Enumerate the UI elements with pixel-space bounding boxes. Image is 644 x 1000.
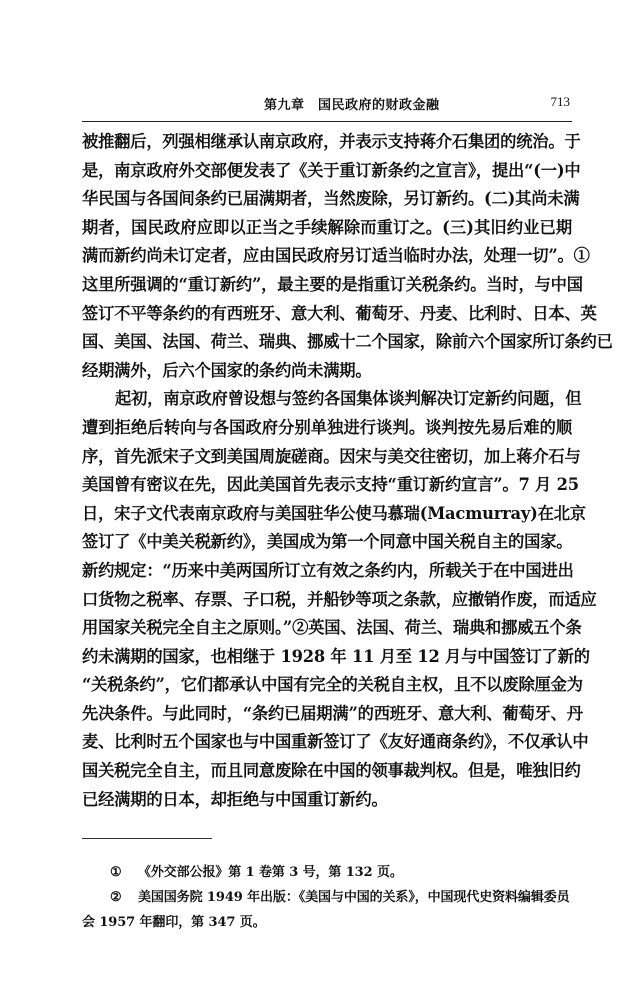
paragraph-start-line: 起初，南京政府曾设想与签约各国集体谈判解决订定新约问题，但 — [82, 385, 572, 414]
text-line: 用国家关税完全自主之原则。”②英国、法国、荷兰、瑞典和挪威五个条 — [82, 614, 572, 643]
text-line: 日，宋子文代表南京政府与美国驻华公使马慕瑞(Macmurray)在北京 — [82, 500, 572, 529]
text-line: 这里所强调的“重订新约”，最主要的是指重订关税条约。当时，与中国 — [82, 271, 572, 300]
text-line: 麦、比利时五个国家也与中国重新签订了《友好通商条约》，不仅承认中 — [82, 728, 572, 757]
text-line: 国关税完全自主，而且同意废除在中国的领事裁判权。但是，唯独旧约 — [82, 757, 572, 786]
footnote-1: ①《外交部公报》第 1 卷第 3 号，第 132 页。 — [82, 860, 582, 885]
body-text: 被推翻后，列强相继承认南京政府，并表示支持蒋介石集团的统治。于 是，南京政府外交… — [82, 128, 572, 814]
chapter-title: 第九章 国民政府的财政金融 — [264, 94, 440, 113]
footnote-rule — [82, 838, 212, 839]
footnote-2: ②美国国务院 1949 年出版：《美国与中国的关系》，中国现代史资料编辑委员 — [82, 885, 582, 910]
text-line: 新约规定：“历来中美两国所订立有效之条约内，所载关于在中国进出 — [82, 557, 572, 586]
footnote-2-continuation: 会 1957 年翻印，第 347 页。 — [82, 910, 582, 935]
page-number: 713 — [551, 94, 571, 110]
text-line: “关税条约”，它们都承认中国有完全的关税自主权，且不以废除厘金为 — [82, 671, 572, 700]
footnotes: ①《外交部公报》第 1 卷第 3 号，第 132 页。 ②美国国务院 1949 … — [82, 860, 582, 935]
header-rule — [82, 121, 572, 122]
book-page: 第九章 国民政府的财政金融 713 被推翻后，列强相继承认南京政府，并表示支持蒋… — [0, 0, 644, 1000]
text-line: 美国曾有密议在先，因此美国首先表示支持“重订新约宣言”。7 月 25 — [82, 471, 572, 500]
text-line: 期者，国民政府应即以正当之手续解除而重订之。(三)其旧约业已期 — [82, 214, 572, 243]
text-line: 经期满外，后六个国家的条约尚未满期。 — [82, 357, 572, 386]
footnote-text: 美国国务院 1949 年出版：《美国与中国的关系》，中国现代史资料编辑委员 — [138, 890, 570, 905]
text-line: 签订了《中美关税新约》，美国成为第一个同意中国关税自主的国家。 — [82, 528, 572, 557]
footnote-mark: ② — [110, 885, 138, 910]
text-line: 约未满期的国家，也相继于 1928 年 11 月至 12 月与中国签订了新的 — [82, 643, 572, 672]
text-line: 先决条件。与此同时，“条约已届期满”的西班牙、意大利、葡萄牙、丹 — [82, 700, 572, 729]
text-line: 已经满期的日本，却拒绝与中国重订新约。 — [82, 786, 572, 815]
text-line: 国、美国、法国、荷兰、瑞典、挪威十二个国家，除前六个国家所订条约已 — [82, 328, 572, 357]
footnote-text: 《外交部公报》第 1 卷第 3 号，第 132 页。 — [138, 865, 403, 880]
text-line: 是，南京政府外交部便发表了《关于重订新条约之宣言》，提出“(一)中 — [82, 157, 572, 186]
text-line: 被推翻后，列强相继承认南京政府，并表示支持蒋介石集团的统治。于 — [82, 128, 572, 157]
text-line: 遭到拒绝后转向与各国政府分别单独进行谈判。谈判按先易后难的顺 — [82, 414, 572, 443]
text-line: 序，首先派宋子文到美国周旋磋商。因宋与美交往密切，加上蒋介石与 — [82, 443, 572, 472]
running-header: 第九章 国民政府的财政金融 713 — [82, 94, 572, 114]
text-line: 华民国与各国间条约已届满期者，当然废除，另订新约。(二)其尚未满 — [82, 185, 572, 214]
footnote-mark: ① — [110, 860, 138, 885]
text-line: 签订不平等条约的有西班牙、意大利、葡萄牙、丹麦、比利时、日本、英 — [82, 300, 572, 329]
text-line: 满而新约尚未订定者，应由国民政府另订适当临时办法，处理一切”。① — [82, 242, 572, 271]
text-line: 口货物之税率、存票、子口税，并船钞等项之条款，应撤销作废，而适应 — [82, 586, 572, 615]
